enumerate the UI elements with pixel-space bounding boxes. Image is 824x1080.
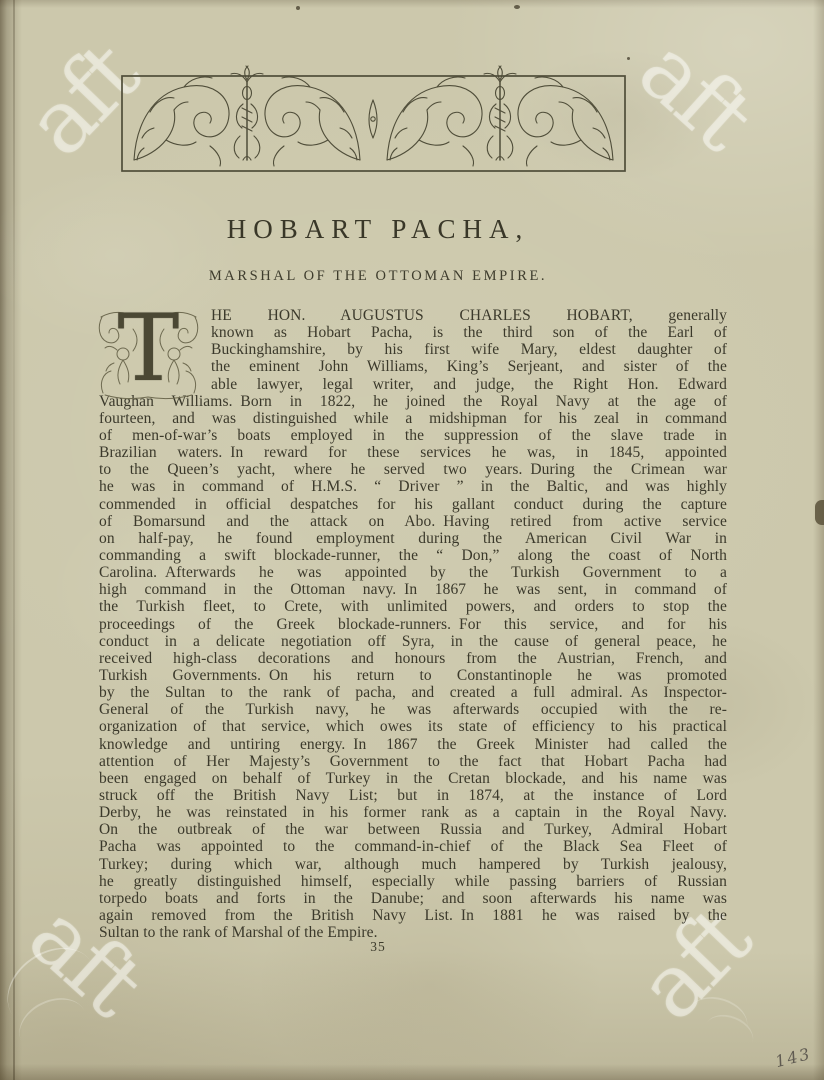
paper-speck [296,6,300,10]
book-page-scan: aft aft aft aft [0,0,824,1080]
text-line: he was in command of H.M.S. “ Driver ” i… [99,478,727,495]
article-body: T HE HON. AUGUSTUS CHARLES HOBART, gener… [99,307,727,941]
text-line: Pacha was appointed to the command-in-ch… [99,838,727,855]
paper-speck [627,57,630,60]
text-line: Carolina. Afterwards he was appointed by… [99,564,727,581]
text-line: struck off the British Navy List; but in… [99,787,727,804]
page-title: HOBART PACHA, [64,214,692,245]
text-line: Derby, he was reinstated in his former r… [99,804,727,821]
right-edge-mark [815,500,824,525]
text-line: attention of Her Majesty’s Government to… [99,753,727,770]
text-line: been engaged on behalf of Turkey in the … [99,770,727,787]
text-line: by the Sultan to the rank of pacha, and … [99,684,727,701]
text-line: knowledge and untiring energy. In 1867 t… [99,736,727,753]
paper-sheen-scratch [683,990,753,1048]
page-subtitle: MARSHAL OF THE OTTOMAN EMPIRE. [64,268,692,285]
text-line: the eminent John Williams, King’s Serjea… [211,358,727,375]
ornamental-headpiece [120,70,627,177]
text-line: of men-of-war’s boats employed in the su… [99,427,727,444]
text-line: to the Queen’s yacht, where he served tw… [99,461,727,478]
text-line: fourteen, and was distinguished while a … [99,410,727,427]
text-line: high command in the Ottoman navy. In 186… [99,581,727,598]
text-line: Buckinghamshire, by his first wife Mary,… [211,341,727,358]
page-edge-crease [13,0,15,1080]
handwritten-pencil-number: 143 [774,1044,814,1071]
text-line: Turkey; during which war, although much … [99,856,727,873]
text-line: received high-class decorations and hono… [99,650,727,667]
paper-sheen-scratch [10,988,95,1065]
text-line: the Turkish fleet, to Crete, with unlimi… [99,598,727,615]
drop-cap-letter: T [94,298,203,398]
text-line: able lawyer, legal writer, and judge, th… [211,376,727,393]
text-line: he greatly distinguished himself, especi… [99,873,727,890]
text-line: organization of that service, which owes… [99,718,727,735]
text-line: General of the Turkish navy, he was afte… [99,701,727,718]
text-line: on half-pay, he found employment during … [99,530,727,547]
text-line: conduct in a delicate negotiation off Sy… [99,633,727,650]
text-line: commanding a swift blockade-runner, the … [99,547,727,564]
text-line: Turkish Governments. On his return to Co… [99,667,727,684]
page-number: 35 [64,939,692,955]
paper-sheen-scratch [699,1008,759,1060]
text-line: of Bomarsund and the attack on Abo. Havi… [99,513,727,530]
article-lines: HE HON. AUGUSTUS CHARLES HOBART, general… [99,307,727,941]
embossed-watermark: aft [620,18,772,169]
text-line: known as Hobart Pacha, is the third son … [211,324,727,341]
drop-cap: T [94,307,203,402]
paper-speck [514,5,520,9]
text-line: Brazilian waters. In reward for these se… [99,444,727,461]
text-line: torpedo boats and forts in the Danube; a… [99,890,727,907]
text-line: HE HON. AUGUSTUS CHARLES HOBART, general… [211,307,727,324]
text-line: On the outbreak of the war between Russi… [99,821,727,838]
text-line: proceedings of the Greek blockade-runner… [99,616,727,633]
text-line: commended in official despatches for his… [99,496,727,513]
text-line: again removed from the British Navy List… [99,907,727,924]
